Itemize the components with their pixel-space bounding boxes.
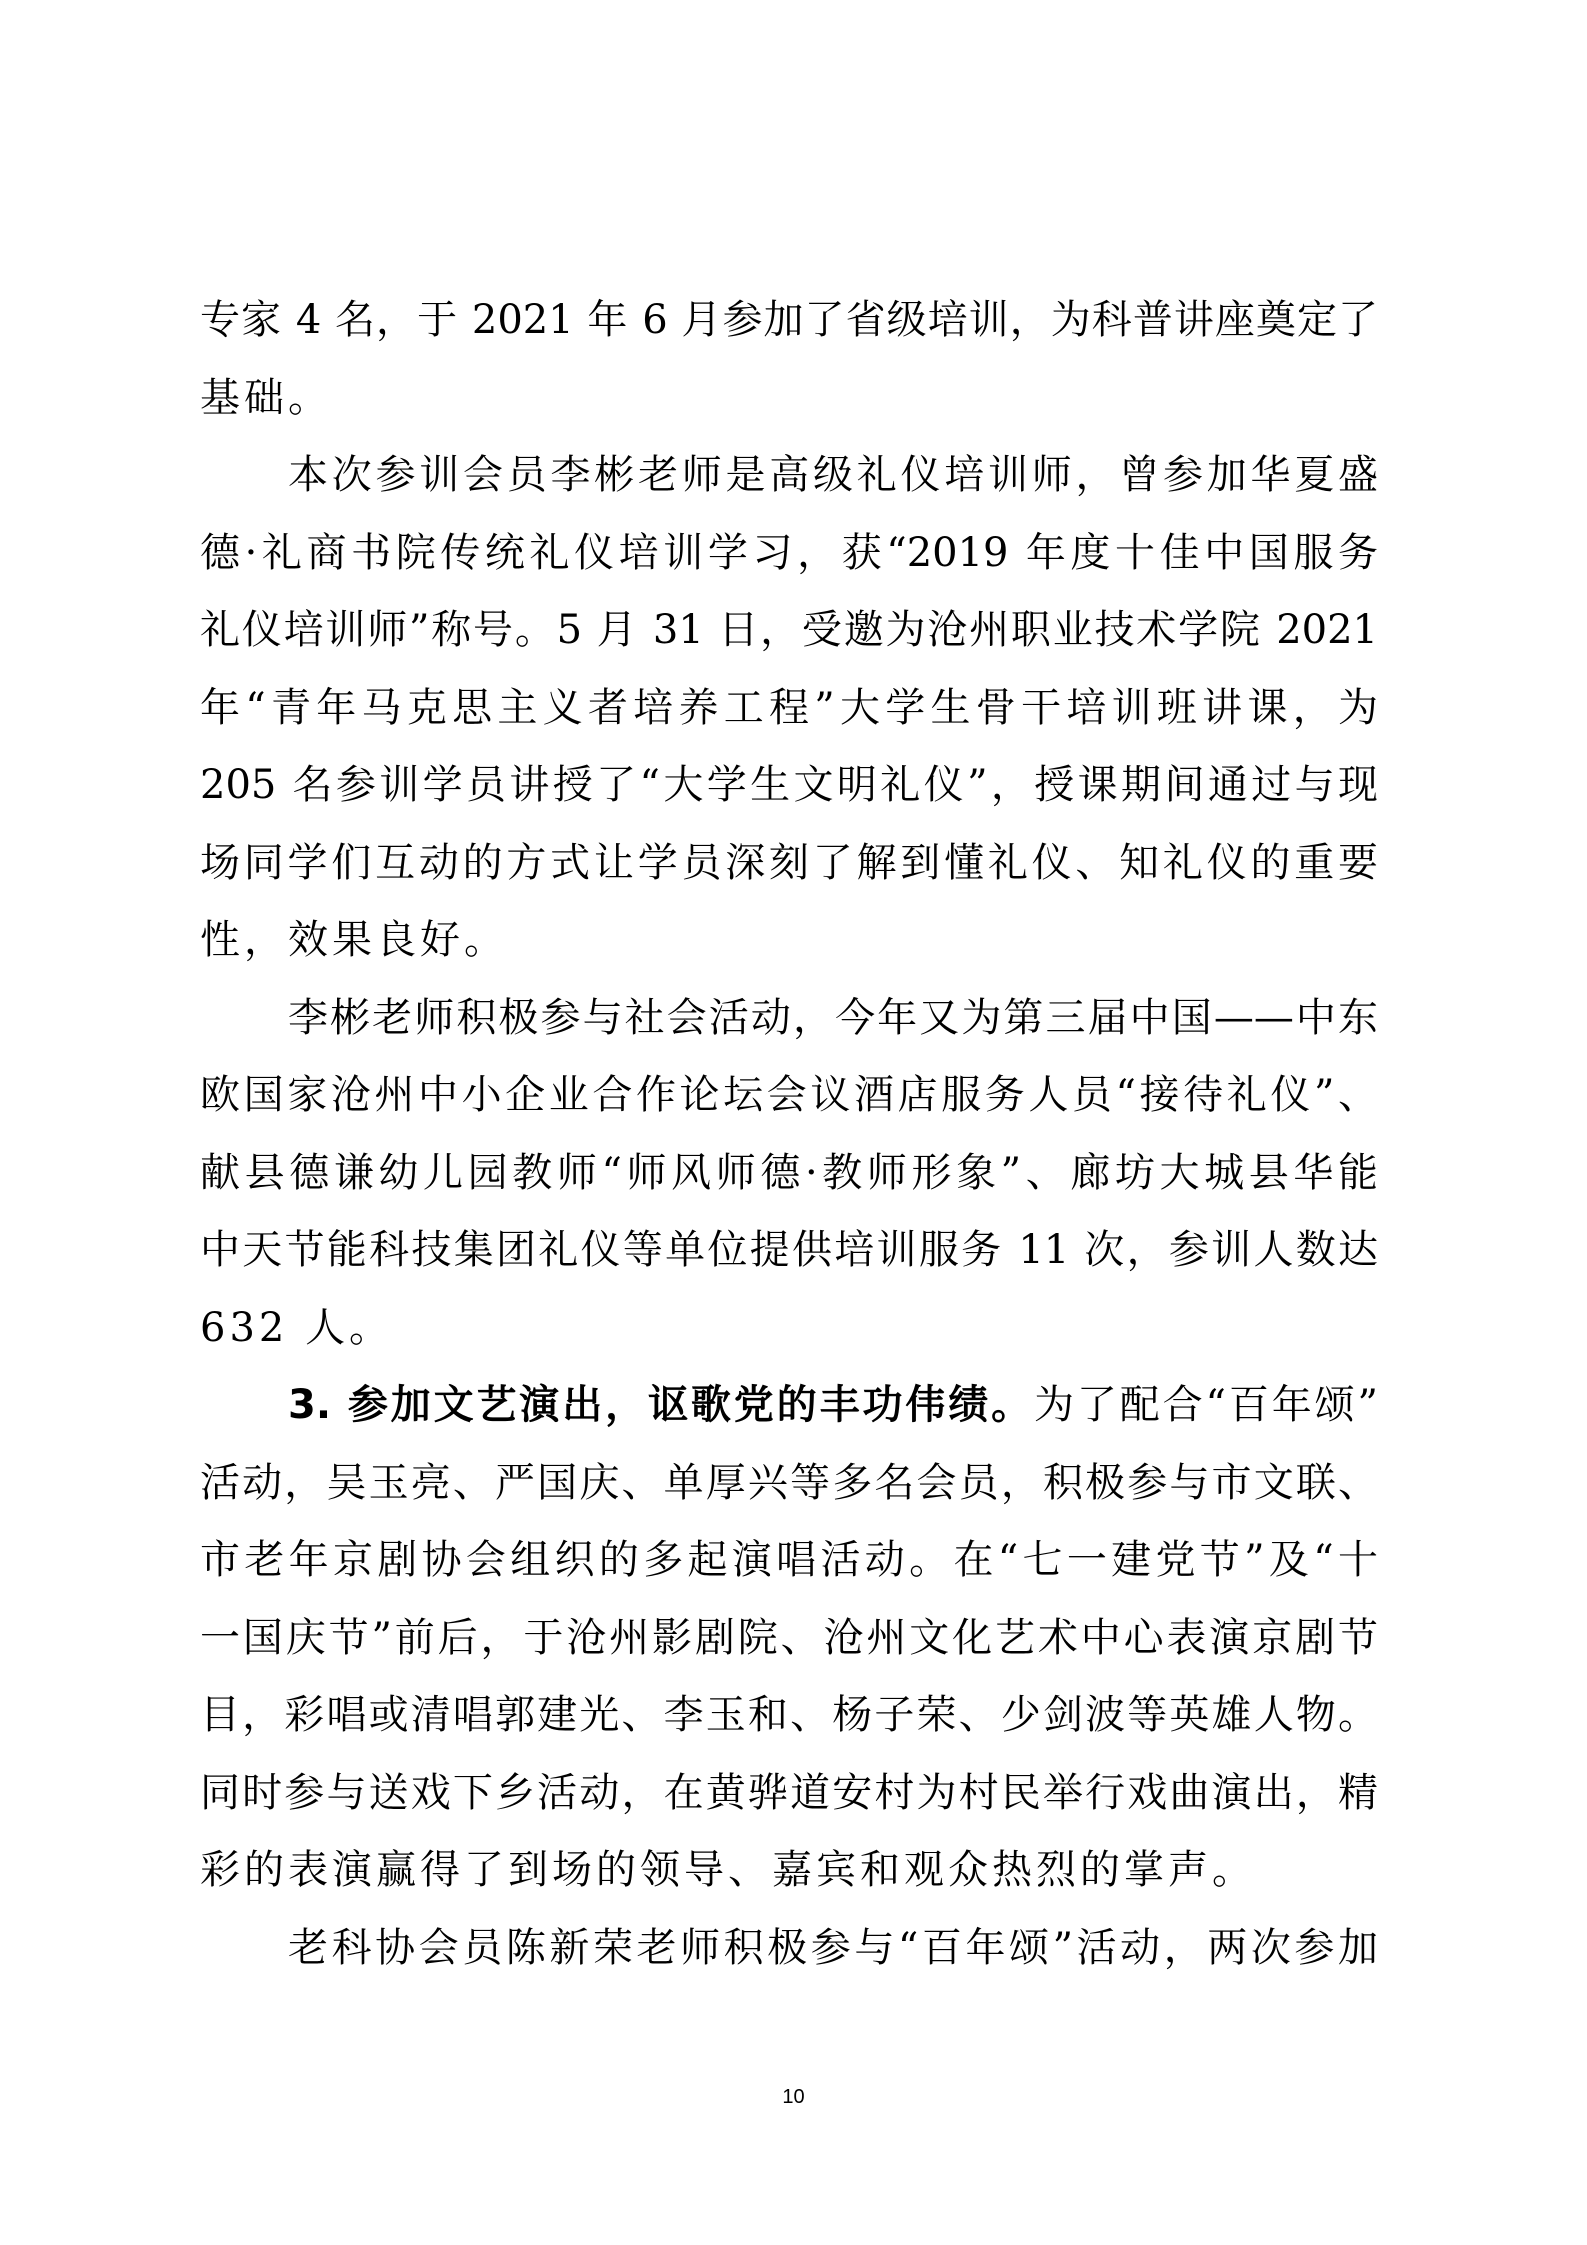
- text-line: 彩的表演赢得了到场的领导、嘉宾和观众热烈的掌声。: [200, 1840, 1378, 1918]
- text-line: 205 名参训学员讲授了“大学生文明礼仪”，授课期间通过与现: [200, 755, 1378, 833]
- body-text: 专家 4 名，于 2021 年 6 月参加了省级培训，为科普讲座奠定了 基础。 …: [200, 290, 1378, 1995]
- page-number: 10: [0, 2086, 1587, 2109]
- text-line: 德·礼商书院传统礼仪培训学习，获“2019 年度十佳中国服务: [200, 523, 1378, 601]
- text-line: 目，彩唱或清唱郭建光、李玉和、杨子荣、少剑波等英雄人物。: [200, 1685, 1378, 1763]
- text-line: 中天节能科技集团礼仪等单位提供培训服务 11 次，参训人数达: [200, 1220, 1378, 1298]
- text-line: 献县德谦幼儿园教师“师风师德·教师形象”、廊坊大城县华能: [200, 1143, 1378, 1221]
- text-line: 欧国家沧州中小企业合作论坛会议酒店服务人员“接待礼仪”、: [200, 1065, 1378, 1143]
- text-line: 年“青年马克思主义者培养工程”大学生骨干培训班讲课，为: [200, 678, 1378, 756]
- text-line: 同时参与送戏下乡活动，在黄骅道安村为村民举行戏曲演出，精: [200, 1763, 1378, 1841]
- text-line: 老科协会员陈新荣老师积极参与“百年颂”活动，两次参加: [200, 1918, 1378, 1996]
- text-line: 场同学们互动的方式让学员深刻了解到懂礼仪、知礼仪的重要: [200, 833, 1378, 911]
- text-run: 为了配合“百年颂”: [1034, 1382, 1378, 1428]
- text-line: 本次参训会员李彬老师是高级礼仪培训师，曾参加华夏盛: [200, 445, 1378, 523]
- text-line: 专家 4 名，于 2021 年 6 月参加了省级培训，为科普讲座奠定了: [200, 290, 1378, 368]
- text-line: 市老年京剧协会组织的多起演唱活动。在“七一建党节”及“十: [200, 1530, 1378, 1608]
- section-heading-line: 3. 参加文艺演出，讴歌党的丰功伟绩。为了配合“百年颂”: [200, 1375, 1378, 1453]
- text-line: 基础。: [200, 368, 1378, 446]
- text-line: 活动，吴玉亮、严国庆、单厚兴等多名会员，积极参与市文联、: [200, 1453, 1378, 1531]
- text-line: 李彬老师积极参与社会活动，今年又为第三届中国——中东: [200, 988, 1378, 1066]
- text-line: 一国庆节”前后，于沧州影剧院、沧州文化艺术中心表演京剧节: [200, 1608, 1378, 1686]
- text-line: 性，效果良好。: [200, 910, 1378, 988]
- text-line: 632 人。: [200, 1298, 1378, 1376]
- section-heading: 3. 参加文艺演出，讴歌党的丰功伟绩。: [288, 1382, 1034, 1428]
- text-line: 礼仪培训师”称号。5 月 31 日，受邀为沧州职业技术学院 2021: [200, 600, 1378, 678]
- document-page: 专家 4 名，于 2021 年 6 月参加了省级培训，为科普讲座奠定了 基础。 …: [0, 0, 1587, 2245]
